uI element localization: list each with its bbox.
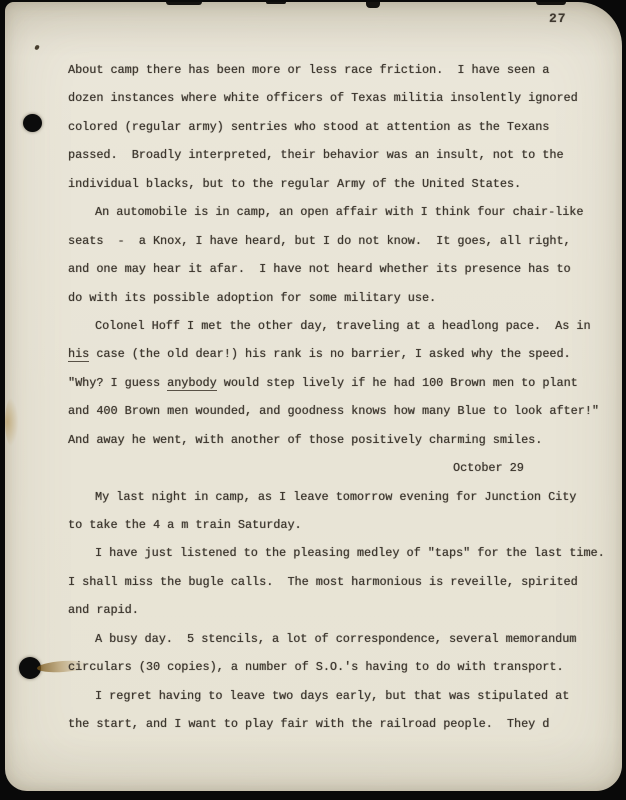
underlined-word: anybody: [167, 376, 217, 391]
hole-punch-top: [23, 114, 42, 132]
text-segment: dozen instances where white officers of …: [68, 91, 578, 105]
typed-line: and rapid.: [68, 603, 620, 631]
text-segment: "Why? I guess: [68, 376, 167, 390]
scan-edge-mark: [266, 0, 286, 4]
page-number: 27: [549, 11, 567, 26]
text-segment: passed. Broadly interpreted, their behav…: [68, 148, 564, 162]
text-segment: and one may hear it afar. I have not hea…: [68, 262, 571, 276]
typed-line: and 400 Brown men wounded, and goodness …: [68, 404, 620, 432]
text-segment: An automobile is in camp, an open affair…: [95, 205, 583, 219]
typed-line: and one may hear it afar. I have not hea…: [68, 262, 620, 290]
scan-edge-mark: [166, 0, 202, 5]
text-segment: Colonel Hoff I met the other day, travel…: [95, 319, 591, 333]
typed-line: do with its possible adoption for some m…: [68, 291, 620, 319]
typed-line: the start, and I want to play fair with …: [68, 717, 620, 745]
text-segment: I have just listened to the pleasing med…: [95, 546, 605, 560]
typed-line: I regret having to leave two days early,…: [68, 689, 620, 717]
scan-edge-mark: [366, 0, 380, 8]
text-segment: A busy day. 5 stencils, a lot of corresp…: [95, 632, 576, 646]
typed-line: An automobile is in camp, an open affair…: [68, 205, 620, 233]
typed-line: I shall miss the bugle calls. The most h…: [68, 575, 620, 603]
text-segment: and rapid.: [68, 603, 139, 617]
typed-line: My last night in camp, as I leave tomorr…: [68, 490, 620, 518]
text-segment: October 29: [453, 461, 524, 475]
edge-stain: [5, 398, 18, 446]
text-segment: case (the old dear!) his rank is no barr…: [89, 347, 570, 361]
typed-line: passed. Broadly interpreted, their behav…: [68, 148, 620, 176]
typed-line: to take the 4 a m train Saturday.: [68, 518, 620, 546]
typed-line: About camp there has been more or less r…: [68, 63, 620, 91]
text-segment: circulars (30 copies), a number of S.O.'…: [68, 660, 564, 674]
typed-line: A busy day. 5 stencils, a lot of corresp…: [68, 632, 620, 660]
text-segment: and 400 Brown men wounded, and goodness …: [68, 404, 599, 418]
underlined-word: his: [68, 347, 89, 362]
typed-text: About camp there has been more or less r…: [68, 63, 620, 746]
typed-line: dozen instances where white officers of …: [68, 91, 620, 119]
text-segment: would step lively if he had 100 Brown me…: [217, 376, 578, 390]
text-segment: My last night in camp, as I leave tomorr…: [95, 490, 576, 504]
typed-line: "Why? I guess anybody would step lively …: [68, 376, 620, 404]
typed-line: October 29: [68, 461, 620, 489]
text-segment: And away he went, with another of those …: [68, 433, 542, 447]
text-segment: seats - a Knox, I have heard, but I do n…: [68, 234, 571, 248]
text-segment: do with its possible adoption for some m…: [68, 291, 436, 305]
typed-line: Colonel Hoff I met the other day, travel…: [68, 319, 620, 347]
scanned-page: { "colors": { "paper": "#e8e4d6", "ink":…: [0, 0, 626, 800]
scan-edge-mark: [536, 0, 566, 5]
text-segment: colored (regular army) sentries who stoo…: [68, 120, 549, 134]
typed-line: individual blacks, but to the regular Ar…: [68, 177, 620, 205]
text-segment: the start, and I want to play fair with …: [68, 717, 549, 731]
text-segment: individual blacks, but to the regular Ar…: [68, 177, 521, 191]
typed-line: And away he went, with another of those …: [68, 433, 620, 461]
text-segment: to take the 4 a m train Saturday.: [68, 518, 302, 532]
typed-line: circulars (30 copies), a number of S.O.'…: [68, 660, 620, 688]
typed-line: his case (the old dear!) his rank is no …: [68, 347, 620, 375]
text-segment: I shall miss the bugle calls. The most h…: [68, 575, 578, 589]
text-segment: I regret having to leave two days early,…: [95, 689, 569, 703]
typed-line: seats - a Knox, I have heard, but I do n…: [68, 234, 620, 262]
typed-line: I have just listened to the pleasing med…: [68, 546, 620, 574]
typed-line: colored (regular army) sentries who stoo…: [68, 120, 620, 148]
text-segment: About camp there has been more or less r…: [68, 63, 549, 77]
